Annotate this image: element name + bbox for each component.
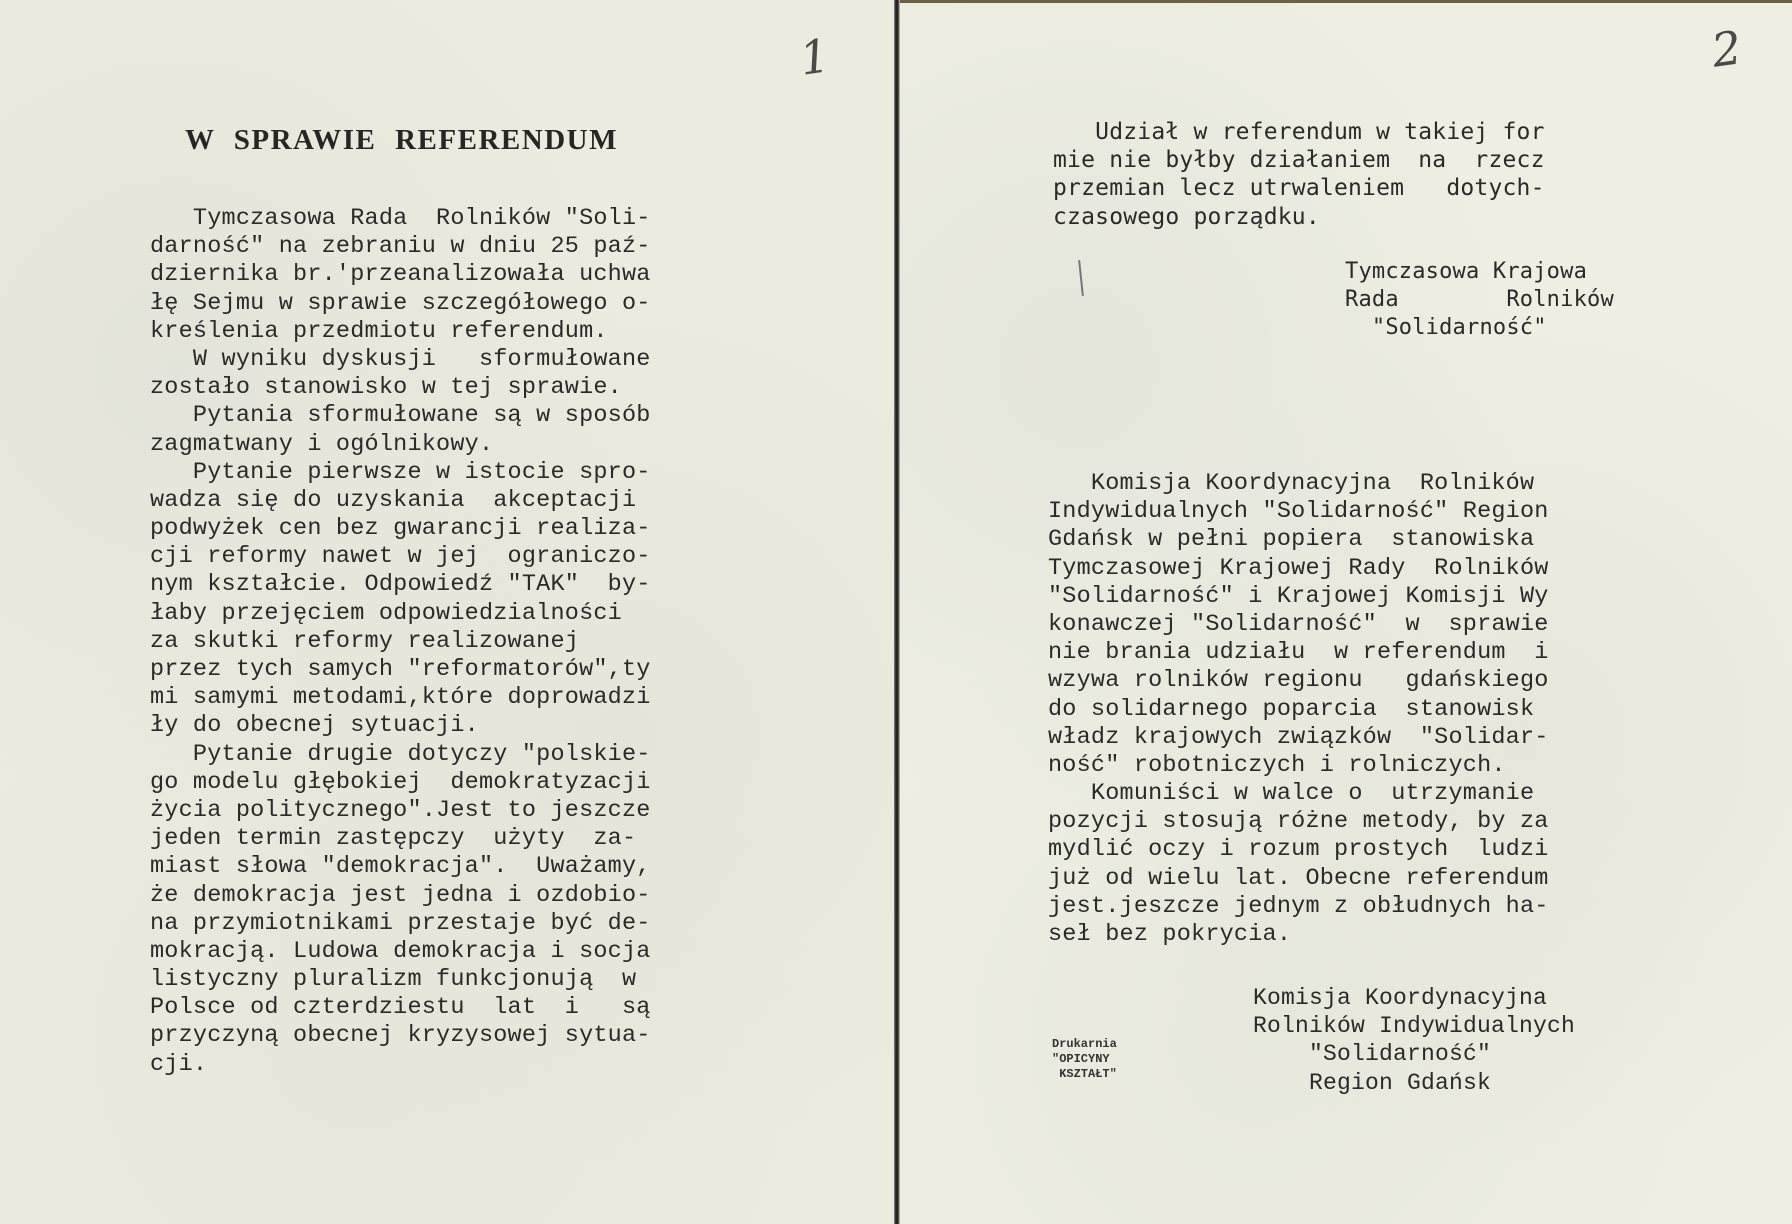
text-line: cji reformy nawet w jej ograniczo- xyxy=(150,543,651,571)
text-line: Komisja Koordynacyjna Rolników xyxy=(1048,470,1549,498)
text-line: Udział w referendum w takiej for xyxy=(1053,118,1545,146)
text-line: Polsce od czterdziestu lat i są xyxy=(150,994,651,1022)
document-title: W SPRAWIE REFERENDUM xyxy=(185,124,618,157)
text-line: Tymczasowa Krajowa xyxy=(1345,258,1614,286)
text-line: Gdańsk w pełni popiera stanowiska xyxy=(1048,526,1549,554)
text-line: Tymczasowa Rada Rolników "Soli- xyxy=(150,205,651,233)
text-line: Pytania sformułowane są w sposób xyxy=(150,402,651,430)
page-top-edge xyxy=(900,0,1792,3)
text-line: łę Sejmu w sprawie szczegółowego o- xyxy=(150,290,651,318)
text-line: dziernika br.'przeanalizowała uchwa xyxy=(150,261,651,289)
text-line: "Solidarność" xyxy=(1345,314,1614,342)
text-line: że demokracja jest jedna i ozdobio- xyxy=(150,882,651,910)
text-line: do solidarnego poparcia stanowisk xyxy=(1048,696,1549,724)
text-line: miast słowa "demokracja". Uważamy, xyxy=(150,853,651,881)
page-1-body: Tymczasowa Rada Rolników "Soli-darność" … xyxy=(150,205,651,1079)
text-line: na przymiotnikami przestaje być de- xyxy=(150,910,651,938)
signature-komisja-koordynacyjna: Komisja KoordynacyjnaRolników Indywidual… xyxy=(1253,984,1575,1097)
text-line: Tymczasowej Krajowej Rady Rolników xyxy=(1048,555,1549,583)
text-line: nie brania udziału w referendum i xyxy=(1048,639,1549,667)
text-line: ność" robotniczych i rolniczych. xyxy=(1048,752,1549,780)
text-line: mydlić oczy i rozum prostych ludzi xyxy=(1048,836,1549,864)
printer-note: Drukarnia "OPICYNY KSZTAŁT" xyxy=(1052,1037,1117,1082)
text-line: Rada Rolników xyxy=(1345,286,1614,314)
text-line: już od wielu lat. Obecne referendum xyxy=(1048,865,1549,893)
text-line: przemian lecz utrwaleniem dotych- xyxy=(1053,174,1545,202)
page-2-paragraph-2: Komisja Koordynacyjna RolnikówIndywidual… xyxy=(1048,470,1549,949)
text-line: Indywidualnych "Solidarność" Region xyxy=(1048,498,1549,526)
text-line: go modelu głębokiej demokratyzacji xyxy=(150,769,651,797)
text-line: władz krajowych związków "Solidar- xyxy=(1048,724,1549,752)
page-2-paragraph-1: Udział w referendum w takiej formie nie … xyxy=(1053,118,1545,231)
text-line: wzywa rolników regionu gdańskiego xyxy=(1048,667,1549,695)
text-line: podwyżek cen bez gwarancji realiza- xyxy=(150,515,651,543)
text-line: listyczny pluralizm funkcjonują w xyxy=(150,966,651,994)
text-line: łaby przejęciem odpowiedzialności xyxy=(150,600,651,628)
text-line: przyczyną obecnej kryzysowej sytua- xyxy=(150,1022,651,1050)
text-line: jeden termin zastępczy użyty za- xyxy=(150,825,651,853)
text-line: Region Gdańsk xyxy=(1253,1069,1575,1097)
text-line: Pytanie drugie dotyczy "polskie- xyxy=(150,741,651,769)
text-line: mi samymi metodami,które doprowadzi xyxy=(150,684,651,712)
text-line: jest.jeszcze jednym z obłudnych ha- xyxy=(1048,893,1549,921)
text-line: ły do obecnej sytuacji. xyxy=(150,712,651,740)
text-line: seł bez pokrycia. xyxy=(1048,921,1549,949)
text-line: kreślenia przedmiotu referendum. xyxy=(150,318,651,346)
text-line: Rolników Indywidualnych xyxy=(1253,1012,1575,1040)
page-number-2: 2 xyxy=(1708,20,1745,78)
text-line: Komuniści w walce o utrzymanie xyxy=(1048,780,1549,808)
page-number-1: 1 xyxy=(796,28,833,86)
text-line: darność" na zebraniu w dniu 25 paź- xyxy=(150,233,651,261)
text-line: czasowego porządku. xyxy=(1053,203,1545,231)
text-line: za skutki reformy realizowanej xyxy=(150,628,651,656)
text-line: Komisja Koordynacyjna xyxy=(1253,984,1575,1012)
text-line: konawczej "Solidarność" w sprawie xyxy=(1048,611,1549,639)
text-line: Pytanie pierwsze w istocie spro- xyxy=(150,459,651,487)
text-line: mokracją. Ludowa demokracja i socja xyxy=(150,938,651,966)
text-line: pozycji stosują różne metody, by za xyxy=(1048,808,1549,836)
text-line: zagmatwany i ogólnikowy. xyxy=(150,431,651,459)
text-line: W wyniku dyskusji sformułowane xyxy=(150,346,651,374)
text-line: wadza się do uzyskania akceptacji xyxy=(150,487,651,515)
text-line: cji. xyxy=(150,1051,651,1079)
text-line: nym kształcie. Odpowiedź "TAK" by- xyxy=(150,571,651,599)
signature-tymczasowa-krajowa-rada: Tymczasowa KrajowaRada Rolników "Solidar… xyxy=(1345,258,1614,343)
text-line: "Solidarność" i Krajowej Komisji Wy xyxy=(1048,583,1549,611)
text-line: "Solidarność" xyxy=(1253,1040,1575,1068)
page-1: 1 W SPRAWIE REFERENDUM Tymczasowa Rada R… xyxy=(0,0,894,1224)
text-line: mie nie byłby działaniem na rzecz xyxy=(1053,146,1545,174)
text-line: zostało stanowisko w tej sprawie. xyxy=(150,374,651,402)
text-line: przez tych samych "reformatorów",ty xyxy=(150,656,651,684)
text-line: życia politycznego".Jest to jeszcze xyxy=(150,797,651,825)
